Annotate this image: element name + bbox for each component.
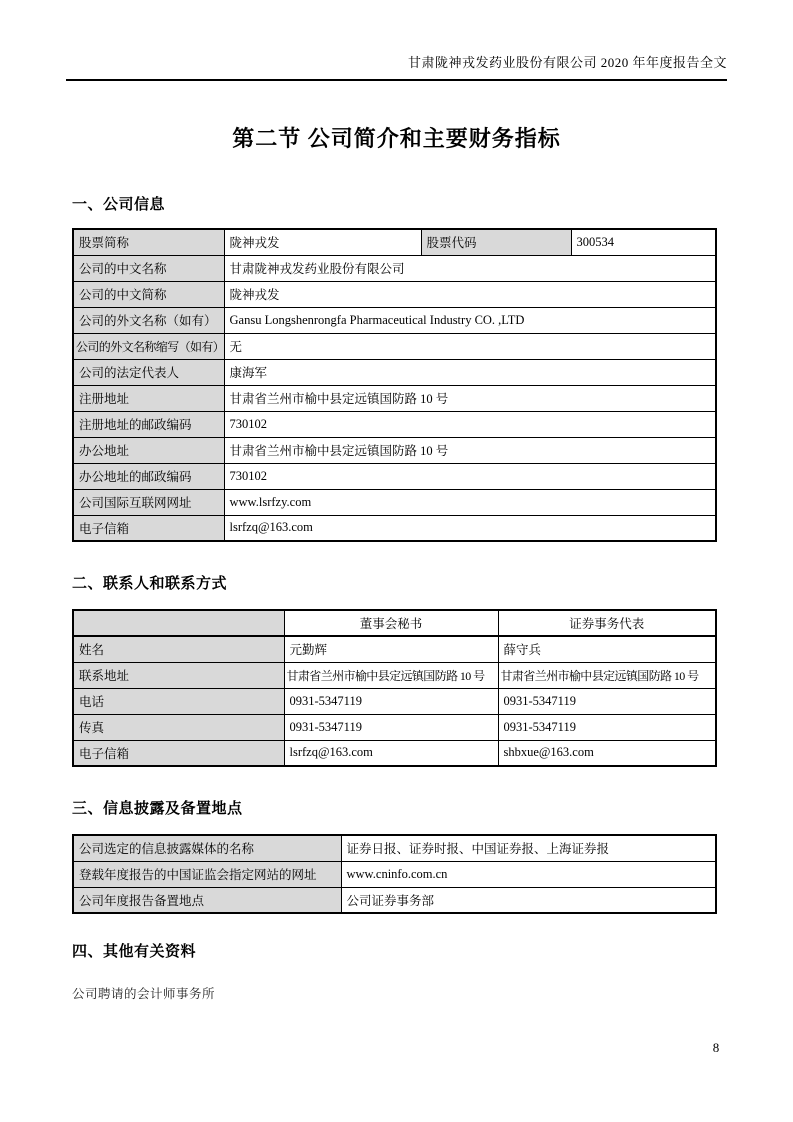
field-label-cell: 电子信箱 <box>73 740 284 766</box>
field-value-cell: 元勤辉 <box>284 636 498 662</box>
table-row: 登载年度报告的中国证监会指定网站的网址 www.cninfo.com.cn <box>73 861 716 887</box>
field-value-cell: 甘肃省兰州市榆中县定远镇国防路 10 号 <box>224 437 716 463</box>
field-label-cell: 公司的法定代表人 <box>73 359 224 385</box>
field-label-cell: 公司的外文名称（如有） <box>73 307 224 333</box>
section-heading-contacts: 二、联系人和联系方式 <box>72 572 227 593</box>
field-label-cell: 电子信箱 <box>73 515 224 541</box>
table-header-row: 董事会秘书 证券事务代表 <box>73 610 716 636</box>
field-label-cell: 公司国际互联网网址 <box>73 489 224 515</box>
field-value-cell: 甘肃省兰州市榆中县定远镇国防路 10 号 <box>224 385 716 411</box>
field-label-cell: 公司的外文名称缩写（如有） <box>73 333 224 359</box>
table-row: 公司的外文名称缩写（如有） 无 <box>73 333 716 359</box>
field-value-cell: 无 <box>224 333 716 359</box>
field-label-cell: 办公地址的邮政编码 <box>73 463 224 489</box>
table-row: 注册地址 甘肃省兰州市榆中县定远镇国防路 10 号 <box>73 385 716 411</box>
table-row: 公司的法定代表人 康海军 <box>73 359 716 385</box>
field-label-cell: 股票代码 <box>421 229 571 255</box>
field-value-cell: lsrfzq@163.com <box>284 740 498 766</box>
table-row: 注册地址的邮政编码 730102 <box>73 411 716 437</box>
field-value-cell: lsrfzq@163.com <box>224 515 716 541</box>
field-label-cell: 传真 <box>73 714 284 740</box>
table-row: 公司国际互联网网址 www.lsrfzy.com <box>73 489 716 515</box>
field-label-cell: 股票简称 <box>73 229 224 255</box>
field-label-cell: 公司年度报告备置地点 <box>73 887 341 913</box>
company-info-table: 股票简称 陇神戎发 股票代码 300534 公司的中文名称 甘肃陇神戎发药业股份… <box>72 228 717 542</box>
table-row: 电话 0931-5347119 0931-5347119 <box>73 688 716 714</box>
field-value-cell: 730102 <box>224 463 716 489</box>
field-value-cell: 甘肃陇神戎发药业股份有限公司 <box>224 255 716 281</box>
field-label-cell: 登载年度报告的中国证监会指定网站的网址 <box>73 861 341 887</box>
field-value-cell: Gansu Longshenrongfa Pharmaceutical Indu… <box>224 307 716 333</box>
field-label-cell: 办公地址 <box>73 437 224 463</box>
table-row: 股票简称 陇神戎发 股票代码 300534 <box>73 229 716 255</box>
field-value-cell: 甘肃省兰州市榆中县定远镇国防路 10 号 <box>284 662 498 688</box>
contact-table: 董事会秘书 证券事务代表 姓名 元勤辉 薛守兵 联系地址 甘肃省兰州市榆中县定远… <box>72 609 717 767</box>
table-row: 公司的外文名称（如有） Gansu Longshenrongfa Pharmac… <box>73 307 716 333</box>
table-row: 办公地址的邮政编码 730102 <box>73 463 716 489</box>
table-row: 姓名 元勤辉 薛守兵 <box>73 636 716 662</box>
table-row: 公司年度报告备置地点 公司证券事务部 <box>73 887 716 913</box>
field-label-cell: 公司选定的信息披露媒体的名称 <box>73 835 341 861</box>
field-value-cell: 陇神戎发 <box>224 229 421 255</box>
field-value-cell: 薛守兵 <box>498 636 716 662</box>
report-page: 甘肃陇神戎发药业股份有限公司 2020 年年度报告全文 第二节 公司简介和主要财… <box>0 0 793 1122</box>
table-row: 传真 0931-5347119 0931-5347119 <box>73 714 716 740</box>
column-header-cell: 证券事务代表 <box>498 610 716 636</box>
section-heading-other-info: 四、其他有关资料 <box>72 940 196 961</box>
field-value-cell: 公司证券事务部 <box>341 887 716 913</box>
page-title: 第二节 公司简介和主要财务指标 <box>0 122 793 153</box>
section-heading-disclosure: 三、信息披露及备置地点 <box>72 797 243 818</box>
field-value-cell: shbxue@163.com <box>498 740 716 766</box>
field-label-cell: 公司的中文名称 <box>73 255 224 281</box>
field-value-cell: www.cninfo.com.cn <box>341 861 716 887</box>
field-value-cell: 0931-5347119 <box>284 688 498 714</box>
table-row: 公司的中文简称 陇神戎发 <box>73 281 716 307</box>
table-row: 联系地址 甘肃省兰州市榆中县定远镇国防路 10 号 甘肃省兰州市榆中县定远镇国防… <box>73 662 716 688</box>
field-label-cell: 注册地址的邮政编码 <box>73 411 224 437</box>
column-header-cell: 董事会秘书 <box>284 610 498 636</box>
field-label-cell: 电话 <box>73 688 284 714</box>
running-header: 甘肃陇神戎发药业股份有限公司 2020 年年度报告全文 <box>66 52 727 71</box>
field-value-cell: 730102 <box>224 411 716 437</box>
field-value-cell: 0931-5347119 <box>498 714 716 740</box>
field-value-cell: www.lsrfzy.com <box>224 489 716 515</box>
table-row: 公司选定的信息披露媒体的名称 证券日报、证券时报、中国证券报、上海证券报 <box>73 835 716 861</box>
table-row: 电子信箱 lsrfzq@163.com shbxue@163.com <box>73 740 716 766</box>
field-value-cell: 0931-5347119 <box>498 688 716 714</box>
table-row: 办公地址 甘肃省兰州市榆中县定远镇国防路 10 号 <box>73 437 716 463</box>
field-value-cell: 0931-5347119 <box>284 714 498 740</box>
field-value-cell: 证券日报、证券时报、中国证券报、上海证券报 <box>341 835 716 861</box>
accounting-firm-caption: 公司聘请的会计师事务所 <box>72 984 215 1002</box>
field-value-cell: 300534 <box>571 229 716 255</box>
section-heading-company-info: 一、公司信息 <box>72 193 165 214</box>
field-label-cell: 联系地址 <box>73 662 284 688</box>
disclosure-table: 公司选定的信息披露媒体的名称 证券日报、证券时报、中国证券报、上海证券报 登载年… <box>72 834 717 914</box>
field-label-cell: 注册地址 <box>73 385 224 411</box>
field-label-cell: 公司的中文简称 <box>73 281 224 307</box>
table-row: 电子信箱 lsrfzq@163.com <box>73 515 716 541</box>
page-number: 8 <box>706 1040 726 1056</box>
field-value-cell: 陇神戎发 <box>224 281 716 307</box>
header-divider-rule <box>66 79 727 81</box>
field-value-cell: 康海军 <box>224 359 716 385</box>
corner-header-cell <box>73 610 284 636</box>
table-row: 公司的中文名称 甘肃陇神戎发药业股份有限公司 <box>73 255 716 281</box>
field-value-cell: 甘肃省兰州市榆中县定远镇国防路 10 号 <box>498 662 716 688</box>
field-label-cell: 姓名 <box>73 636 284 662</box>
